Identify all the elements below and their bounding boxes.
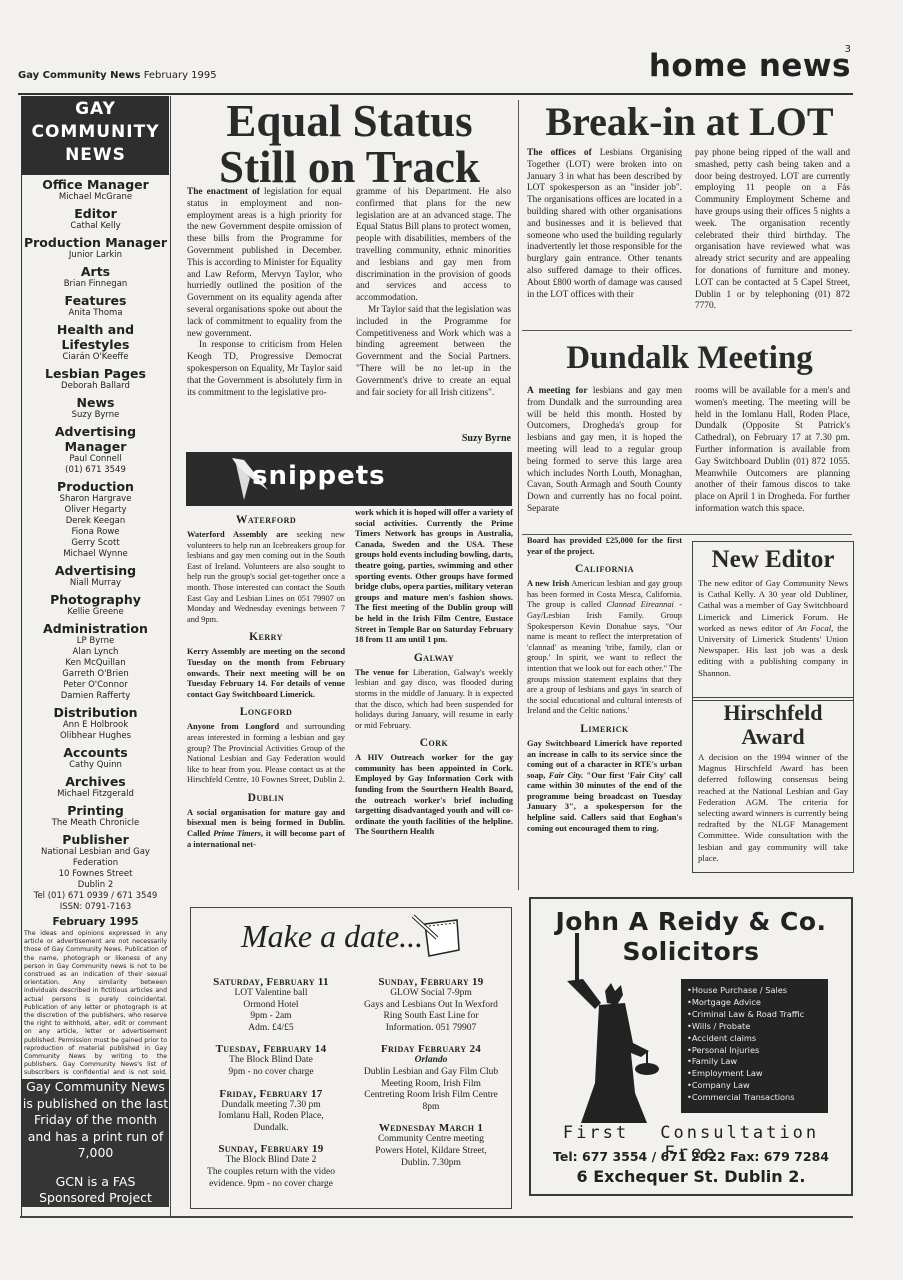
snippets-column: Waterford Waterford Assembly are seeking… bbox=[187, 508, 345, 850]
snippets-column: Board has provided £25,000 for the first… bbox=[527, 536, 682, 834]
snippet-heading: Kerry bbox=[187, 631, 345, 643]
event-date: Tuesday, February 14 bbox=[196, 1043, 346, 1055]
service-item: Personal Injuries bbox=[687, 1045, 822, 1057]
event-detail: 9pm - no cover charge bbox=[196, 1067, 346, 1079]
staff-role: Health and Lifestyles bbox=[22, 322, 169, 352]
snippet-heading: Longford bbox=[187, 706, 345, 718]
issue-date: February 1995 bbox=[144, 70, 217, 81]
service-item: Commercial Transactions bbox=[687, 1092, 822, 1104]
lead-in: The venue for bbox=[355, 668, 409, 677]
snippet-text-italic: Fair City. bbox=[549, 771, 583, 780]
event-date: Friday, February 17 bbox=[196, 1088, 346, 1100]
event-date: Wednesday March 1 bbox=[356, 1122, 506, 1134]
article-text: Mr Taylor said that the legislation was … bbox=[356, 305, 511, 399]
headline-line: Hirschfeld bbox=[698, 701, 848, 725]
snippets-title: snippets bbox=[252, 461, 386, 491]
snippets-banner: snippets bbox=[186, 452, 512, 506]
staff-name: Niall Murray bbox=[22, 578, 169, 589]
staff-name: Cathy Quinn bbox=[22, 760, 169, 771]
staff-name: Cathal Kelly bbox=[22, 221, 169, 232]
snippet-text: - Gay/Lesbian Irish Family. Group Spokes… bbox=[527, 600, 682, 715]
article-rule bbox=[522, 534, 852, 535]
services-list: House Purchase / SalesMortgage AdviceCri… bbox=[681, 979, 828, 1113]
snippet-heading: Galway bbox=[355, 652, 513, 664]
event-detail: Meeting Room, Irish Film bbox=[356, 1079, 506, 1091]
staff-name: Derek Keegan bbox=[22, 516, 169, 527]
event-detail: LOT Valentine ball bbox=[196, 988, 346, 1000]
column-divider bbox=[518, 100, 519, 890]
article-text-italic: An Focal bbox=[797, 623, 831, 633]
event-item: Tuesday, February 14The Block Blind Date… bbox=[196, 1043, 346, 1078]
service-item: Accident claims bbox=[687, 1033, 822, 1045]
headline-equal-status: Equal Status Still on Track bbox=[182, 98, 517, 190]
staff-name: Alan Lynch bbox=[22, 647, 169, 658]
staff-role: Office Manager bbox=[22, 177, 169, 192]
event-title: Orlando bbox=[356, 1055, 506, 1067]
masthead-sidebar: GAY COMMUNITY NEWS Office ManagerMichael… bbox=[21, 96, 170, 1216]
staff-name: The Meath Chronicle bbox=[22, 818, 169, 829]
article-column: rooms will be available for a men's and … bbox=[695, 386, 850, 516]
snippet-text: Kerry Assembly are meeting on the second… bbox=[187, 647, 345, 700]
publication-name: Gay Community News bbox=[18, 70, 141, 81]
service-item: Wills / Probate bbox=[687, 1021, 822, 1033]
staff-name: Brian Finnegan bbox=[22, 279, 169, 290]
promo-line: Friday of the month bbox=[22, 1112, 169, 1129]
advert-address: 6 Exchequer St. Dublin 2. bbox=[531, 1167, 851, 1186]
disclaimer: The ideas and opinions expressed in any … bbox=[22, 928, 169, 1096]
lead-in: The enactment of bbox=[187, 187, 260, 197]
event-date: Sunday, February 19 bbox=[196, 1143, 346, 1155]
staff-name: Olibhear Hughes bbox=[22, 731, 169, 742]
headline-line: Still on Track bbox=[182, 144, 517, 190]
promo-line: Gay Community News bbox=[22, 1079, 169, 1096]
solicitors-advert: John A Reidy & Co. Solicitors House Purc… bbox=[529, 897, 853, 1196]
column-divider bbox=[170, 96, 171, 1216]
event-detail: The Block Blind Date bbox=[196, 1055, 346, 1067]
staff-role: Publisher bbox=[22, 832, 169, 847]
headline-line: Equal Status bbox=[182, 98, 517, 144]
event-item: Sunday, February 19GLOW Social 7-9pmGays… bbox=[356, 976, 506, 1034]
article-text: Lesbians Organising Together (LOT) were … bbox=[527, 148, 682, 300]
staff-name: Peter O'Connor bbox=[22, 680, 169, 691]
event-detail: The couples return with the video bbox=[196, 1167, 346, 1179]
snippet-heading: Dublin bbox=[187, 792, 345, 804]
lead-in: Anyone from Longford bbox=[187, 722, 279, 731]
event-detail: Dundalk. bbox=[196, 1123, 346, 1135]
event-date: Saturday, February 11 bbox=[196, 976, 346, 988]
publisher-line: 10 Fownes Street bbox=[22, 869, 169, 880]
headline-dundalk: Dundalk Meeting bbox=[522, 338, 857, 378]
staff-name: Ken McQuillan bbox=[22, 658, 169, 669]
promo-line: Sponsored Project bbox=[22, 1190, 169, 1207]
running-header: Gay Community News February 1995 bbox=[18, 70, 217, 81]
staff-name: Anita Thoma bbox=[22, 308, 169, 319]
staff-role: Printing bbox=[22, 803, 169, 818]
article-column: The enactment of legislation for equal s… bbox=[187, 187, 342, 399]
footer-rule bbox=[20, 1216, 853, 1218]
masthead-logo: GAY COMMUNITY NEWS bbox=[22, 96, 169, 175]
staff-name: Gerry Scott bbox=[22, 538, 169, 549]
make-a-date-heading: Make a date... bbox=[241, 918, 423, 954]
masthead-line: GAY bbox=[22, 98, 169, 121]
snippet-text-italic: Prime Timers bbox=[213, 829, 261, 838]
article-text: lesbians and gay men from Dundalk and th… bbox=[527, 386, 682, 514]
event-item: Friday February 24OrlandoDublin Lesbian … bbox=[356, 1043, 506, 1113]
service-item: Family Law bbox=[687, 1056, 822, 1068]
staff-name: Damien Rafferty bbox=[22, 691, 169, 702]
byline: Suzy Byrne bbox=[356, 433, 511, 444]
service-item: Criminal Law & Road Traffic bbox=[687, 1009, 822, 1021]
hirschfeld-award-box: Hirschfeld Award A decision on the 1994 … bbox=[692, 697, 854, 873]
event-item: Sunday, February 19The Block Blind Date … bbox=[196, 1143, 346, 1190]
staff-role: News bbox=[22, 395, 169, 410]
publisher-block: National Lesbian and GayFederation10 Fow… bbox=[22, 847, 169, 913]
article-text: gramme of his Department. He also confir… bbox=[356, 187, 511, 305]
staff-role: Arts bbox=[22, 264, 169, 279]
article-column: gramme of his Department. He also confir… bbox=[356, 187, 511, 399]
lead-in: Waterford Assembly are bbox=[187, 530, 288, 539]
staff-name: Junior Larkin bbox=[22, 250, 169, 261]
staff-name: Michael McGrane bbox=[22, 192, 169, 203]
event-date: Friday February 24 bbox=[356, 1043, 506, 1055]
staff-role: Administration bbox=[22, 621, 169, 636]
publisher-line: Federation bbox=[22, 858, 169, 869]
article-column: The offices of Lesbians Organising Toget… bbox=[527, 148, 682, 301]
event-detail: Gays and Lesbians Out In Wexford bbox=[356, 1000, 506, 1012]
promo-line: 7,000 bbox=[22, 1145, 169, 1162]
events-left-column: Saturday, February 11LOT Valentine ballO… bbox=[196, 976, 346, 1199]
event-item: Wednesday March 1Community Centre meetin… bbox=[356, 1122, 506, 1169]
event-date: Sunday, February 19 bbox=[356, 976, 506, 988]
staff-list: Office ManagerMichael McGraneEditorCatha… bbox=[22, 174, 169, 1096]
event-detail: Iomlanu Hall, Roden Place, bbox=[196, 1111, 346, 1123]
staff-role: Accounts bbox=[22, 745, 169, 760]
snippets-column: work which it is hoped will offer a vari… bbox=[355, 508, 513, 838]
snippet-heading: Cork bbox=[355, 737, 513, 749]
snippet-text: Board has provided £25,000 for the first… bbox=[527, 536, 682, 557]
event-detail: Community Centre meeting bbox=[356, 1134, 506, 1146]
print-run-promo: Gay Community Newsis published on the la… bbox=[22, 1079, 169, 1207]
staff-role: Production bbox=[22, 479, 169, 494]
snippet-text: and surrounding areas interested in form… bbox=[187, 722, 345, 784]
staff-name: Ciarán O'Keeffe bbox=[22, 352, 169, 363]
lead-in: A meeting for bbox=[527, 386, 587, 396]
staff-name: Garreth O'Brien bbox=[22, 669, 169, 680]
event-detail: Dundalk meeting 7.30 pm bbox=[196, 1100, 346, 1112]
snippet-heading: Waterford bbox=[187, 514, 345, 526]
staff-name: Paul Connell bbox=[22, 454, 169, 465]
event-detail: Ormond Hotel bbox=[196, 1000, 346, 1012]
make-a-date-title: Make a date... bbox=[241, 918, 423, 955]
staff-name: Michael Fitzgerald bbox=[22, 789, 169, 800]
staff-name: LP Byrne bbox=[22, 636, 169, 647]
promo-line bbox=[22, 1162, 169, 1174]
section-title: home news bbox=[649, 48, 851, 84]
staff-name: Oliver Hegarty bbox=[22, 505, 169, 516]
promo-line: GCN is a FAS bbox=[22, 1174, 169, 1191]
events-right-column: Sunday, February 19GLOW Social 7-9pmGays… bbox=[356, 976, 506, 1178]
staff-name: (01) 671 3549 bbox=[22, 465, 169, 476]
masthead-line: COMMUNITY bbox=[22, 121, 169, 144]
publisher-line: National Lesbian and Gay bbox=[22, 847, 169, 858]
event-detail: Dublin Lesbian and Gay Film Club bbox=[356, 1067, 506, 1079]
staff-role: Production Manager bbox=[22, 235, 169, 250]
staff-name: Michael Wynne bbox=[22, 549, 169, 560]
event-detail: GLOW Social 7-9pm bbox=[356, 988, 506, 1000]
snippet-heading: Limerick bbox=[527, 723, 682, 735]
justice-statue-icon bbox=[561, 933, 671, 1123]
new-editor-box: New Editor The new editor of Gay Communi… bbox=[692, 541, 854, 701]
event-detail: Centreting Room Irish Film Centre bbox=[356, 1090, 506, 1102]
staff-name: Suzy Byrne bbox=[22, 410, 169, 421]
staff-role: Distribution bbox=[22, 705, 169, 720]
service-item: House Purchase / Sales bbox=[687, 985, 822, 997]
article-text: legislation for equal status in employme… bbox=[187, 187, 342, 339]
event-detail: evidence. 9pm - no cover charge bbox=[196, 1179, 346, 1191]
snippet-text: A HIV Outreach worker for the gay commun… bbox=[355, 753, 513, 838]
event-detail: The Block Blind Date 2 bbox=[196, 1155, 346, 1167]
headline-break-in: Break-in at LOT bbox=[522, 100, 857, 144]
advert-phone: Tel: 677 3554 / 671 2022 Fax: 679 7284 bbox=[531, 1149, 851, 1164]
event-detail: Powers Hotel, Kildare Street, bbox=[356, 1146, 506, 1158]
article-column: pay phone being ripped of the wall and s… bbox=[695, 148, 850, 313]
issue-date: February 1995 bbox=[22, 916, 169, 928]
event-detail: Dublin. 7.30pm bbox=[356, 1158, 506, 1170]
snippet-heading: California bbox=[527, 563, 682, 575]
staff-role: Advertising bbox=[22, 563, 169, 578]
publisher-line: ISSN: 0791-7163 bbox=[22, 902, 169, 913]
snippet-text: work which it is hoped will offer a vari… bbox=[355, 508, 513, 646]
staff-role: Features bbox=[22, 293, 169, 308]
staff-role: Lesbian Pages bbox=[22, 366, 169, 381]
article-text: In response to criticism from Helen Keog… bbox=[187, 340, 342, 399]
snippet-text: seeking new volunteers to help run an Ic… bbox=[187, 530, 345, 624]
staff-name: Fiona Rowe bbox=[22, 527, 169, 538]
staff-name: Ann E Holbrook bbox=[22, 720, 169, 731]
staff-name: Kellie Greene bbox=[22, 607, 169, 618]
make-a-date-box: Make a date... Saturday, February 11LOT … bbox=[190, 907, 512, 1209]
service-item: Company Law bbox=[687, 1080, 822, 1092]
event-detail: Ring South East Line for bbox=[356, 1011, 506, 1023]
promo-line: is published on the last bbox=[22, 1096, 169, 1113]
snippet-text-italic: Clannad Eireannai bbox=[606, 600, 673, 609]
header-rule bbox=[18, 93, 853, 95]
notepad-pencil-icon bbox=[411, 914, 461, 960]
masthead-line: NEWS bbox=[22, 144, 169, 167]
promo-line: and has a print run of bbox=[22, 1129, 169, 1146]
article-text: A decision on the 1994 winner of the Mag… bbox=[698, 752, 848, 864]
publisher-line: Dublin 2 bbox=[22, 880, 169, 891]
publisher-line: Tel (01) 671 0939 / 671 3549 bbox=[22, 891, 169, 902]
service-item: Employment Law bbox=[687, 1068, 822, 1080]
headline-line: Award bbox=[698, 725, 848, 749]
lead-in: A new Irish bbox=[527, 579, 569, 588]
staff-role: Archives bbox=[22, 774, 169, 789]
box-headline: Hirschfeld Award bbox=[698, 701, 848, 749]
lead-in: The offices of bbox=[527, 148, 592, 158]
service-item: Mortgage Advice bbox=[687, 997, 822, 1009]
box-headline: New Editor bbox=[698, 545, 848, 575]
staff-name: Sharon Hargrave bbox=[22, 494, 169, 505]
article-column: A meeting for lesbians and gay men from … bbox=[527, 386, 682, 516]
article-rule bbox=[522, 330, 852, 331]
staff-name: Deborah Ballard bbox=[22, 381, 169, 392]
event-detail: Adm. £4/£5 bbox=[196, 1023, 346, 1035]
event-detail: 9pm - 2am bbox=[196, 1011, 346, 1023]
staff-role: Photography bbox=[22, 592, 169, 607]
event-item: Saturday, February 11LOT Valentine ballO… bbox=[196, 976, 346, 1034]
staff-role: Advertising Manager bbox=[22, 424, 169, 454]
event-detail: Information. 051 79907 bbox=[356, 1023, 506, 1035]
snippet-text: Liberation, Galway's weekly lesbian and … bbox=[355, 668, 513, 730]
event-detail: 8pm bbox=[356, 1102, 506, 1114]
event-item: Friday, February 17Dundalk meeting 7.30 … bbox=[196, 1088, 346, 1135]
staff-role: Editor bbox=[22, 206, 169, 221]
